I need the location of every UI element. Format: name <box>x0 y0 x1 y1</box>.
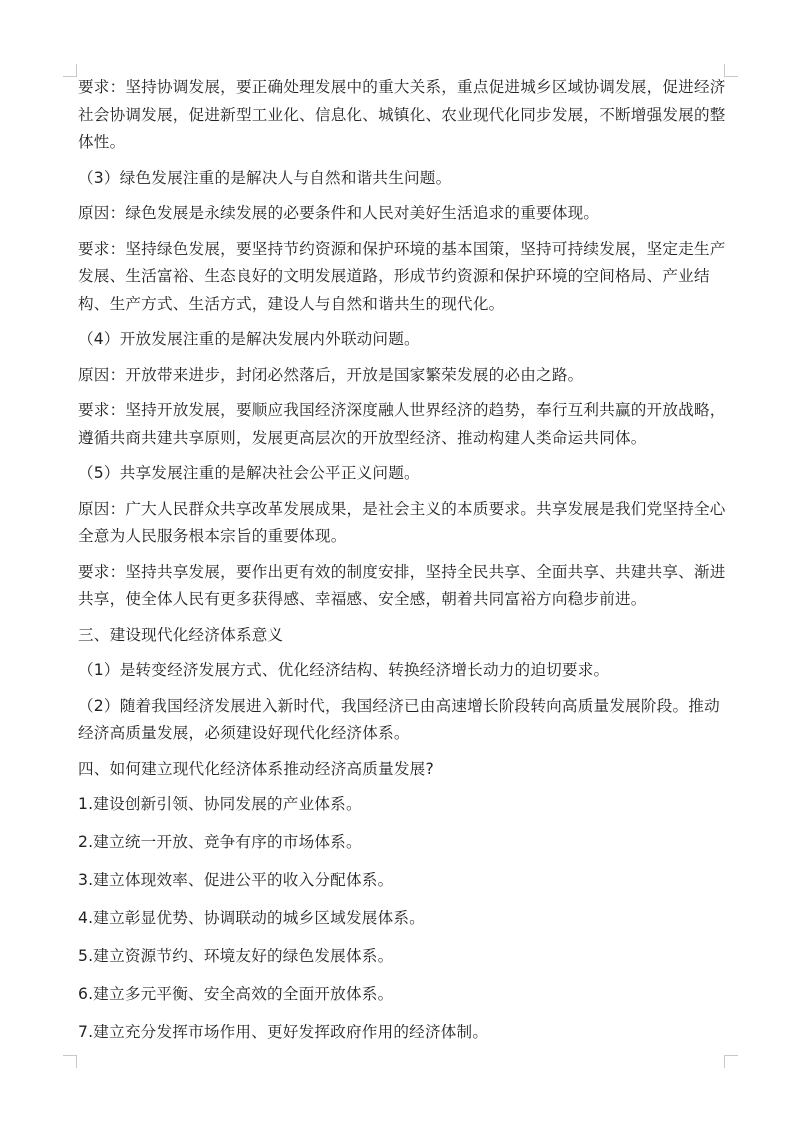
paragraph-shared-requirement: 要求：坚持共享发展，要作出更有效的制度安排，坚持全民共享、全面共享、共建共享、渐… <box>78 559 726 614</box>
list-item: 2.建立统一开放、竞争有序的市场体系。 <box>78 829 726 857</box>
point-open-development: （4）开放发展注重的是解决发展内外联动问题。 <box>78 326 726 354</box>
paragraph-coordinated-requirement: 要求：坚持协调发展，要正确处理发展中的重大关系，重点促进城乡区域协调发展，促进经… <box>78 74 726 157</box>
margin-corner-mark-top-left <box>63 64 77 77</box>
numbered-list: 1.建设创新引领、协同发展的产业体系。 2.建立统一开放、竞争有序的市场体系。 … <box>78 791 726 1047</box>
point-green-development: （3）绿色发展注重的是解决人与自然和谐共生问题。 <box>78 165 726 193</box>
paragraph-shared-reason: 原因：广大人民群众共享改革发展成果，是社会主义的本质要求。共享发展是我们党坚持全… <box>78 496 726 551</box>
document-page: 要求：坚持协调发展，要正确处理发展中的重大关系，重点促进城乡区域协调发展，促进经… <box>0 0 800 1131</box>
list-item: 1.建设创新引领、协同发展的产业体系。 <box>78 791 726 819</box>
section-heading-three: 三、建设现代化经济体系意义 <box>78 622 726 650</box>
point-significance-1: （1）是转变经济发展方式、优化经济结构、转换经济增长动力的迫切要求。 <box>78 657 726 685</box>
margin-corner-mark-bottom-right <box>724 1055 738 1068</box>
paragraph-green-reason: 原因：绿色发展是永续发展的必要条件和人民对美好生活追求的重要体现。 <box>78 200 726 228</box>
margin-corner-mark-bottom-left <box>63 1055 77 1068</box>
section-heading-four: 四、如何建立现代化经济体系推动经济高质量发展? <box>78 756 726 784</box>
paragraph-open-requirement: 要求：坚持开放发展，要顺应我国经济深度融人世界经济的趋势，奉行互利共赢的开放战略… <box>78 397 726 452</box>
point-shared-development: （5）共享发展注重的是解决社会公平正义问题。 <box>78 460 726 488</box>
point-significance-2: （2）随着我国经济发展进入新时代，我国经济已由高速增长阶段转向高质量发展阶段。推… <box>78 693 726 748</box>
list-item: 4.建立彰显优势、协调联动的城乡区域发展体系。 <box>78 905 726 933</box>
list-item: 7.建立充分发挥市场作用、更好发挥政府作用的经济体制。 <box>78 1019 726 1047</box>
paragraph-green-requirement: 要求：坚持绿色发展，要坚持节约资源和保护环境的基本国策，坚持可持续发展，坚定走生… <box>78 236 726 319</box>
list-item: 6.建立多元平衡、安全高效的全面开放体系。 <box>78 981 726 1009</box>
document-body: 要求：坚持协调发展，要正确处理发展中的重大关系，重点促进城乡区域协调发展，促进经… <box>78 74 726 1057</box>
list-item: 3.建立体现效率、促进公平的收入分配体系。 <box>78 867 726 895</box>
margin-corner-mark-top-right <box>724 64 738 77</box>
paragraph-open-reason: 原因：开放带来进步，封闭必然落后，开放是国家繁荣发展的必由之路。 <box>78 362 726 390</box>
list-item: 5.建立资源节约、环境友好的绿色发展体系。 <box>78 943 726 971</box>
